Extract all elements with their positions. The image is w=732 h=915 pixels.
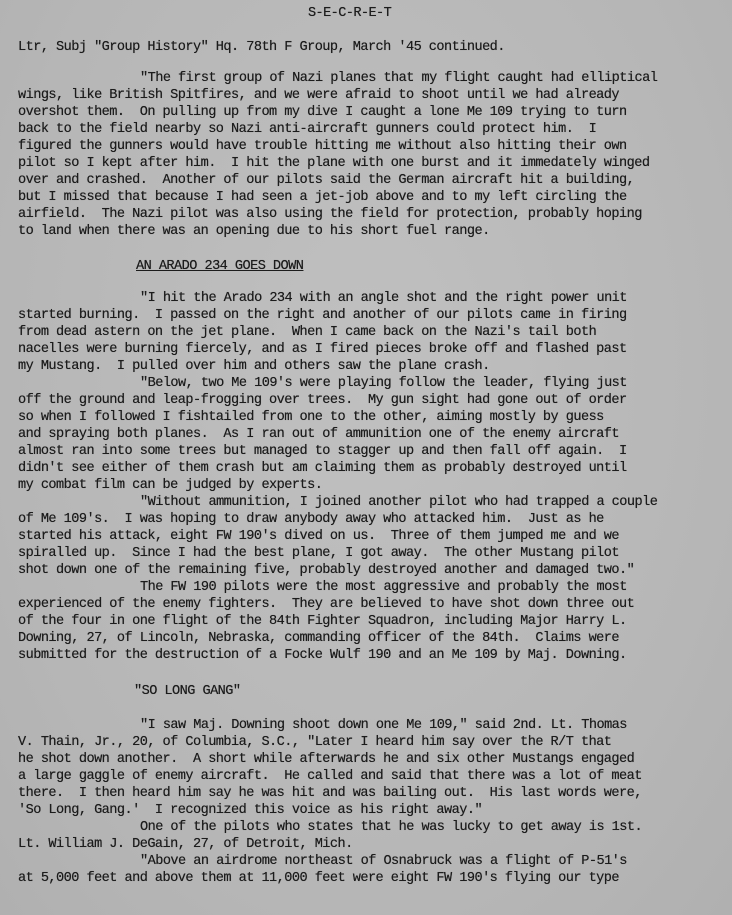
paragraph-line: submitted for the destruction of a Focke… xyxy=(18,648,627,664)
paragraph-line: of Me 109's. I was hoping to draw anybod… xyxy=(18,512,604,528)
paragraph-line: my Mustang. I pulled over him and others… xyxy=(18,359,490,375)
paragraph-line: One of the pilots who states that he was… xyxy=(140,820,642,836)
section-heading: AN ARADO 234 GOES DOWN xyxy=(136,259,303,275)
paragraph-line: wings, like British Spitfires, and we we… xyxy=(18,88,619,104)
paragraph-line: "Above an airdrome northeast of Osnabruc… xyxy=(140,854,627,870)
paragraph-line: started his attack, eight FW 190's dived… xyxy=(18,529,619,545)
paragraph-line: so when I followed I fishtailed from one… xyxy=(18,410,604,426)
section-heading: "SO LONG GANG" xyxy=(134,684,241,700)
paragraph-line: didn't see either of them crash but am c… xyxy=(18,461,627,477)
paragraph-line: spiralled up. Since I had the best plane… xyxy=(18,546,619,562)
paragraph-line: and spraying both planes. As I ran out o… xyxy=(18,427,619,443)
paragraph-line: experienced of the enemy fighters. They … xyxy=(18,597,634,613)
paragraph-line: a large gaggle of enemy aircraft. He cal… xyxy=(18,769,642,785)
paragraph-line: Lt. William J. DeGain, 27, of Detroit, M… xyxy=(18,837,353,853)
document-page: S-E-C-R-E-T Ltr, Subj "Group History" Hq… xyxy=(0,0,732,915)
paragraph-line: "I saw Maj. Downing shoot down one Me 10… xyxy=(140,718,627,734)
paragraph-line: 'So Long, Gang.' I recognized this voice… xyxy=(18,803,482,819)
paragraph-line: to land when there was an opening due to… xyxy=(18,224,490,240)
paragraph-line: back to the field nearby so Nazi anti-ai… xyxy=(18,122,596,138)
paragraph-line: figured the gunners would have trouble h… xyxy=(18,139,627,155)
paragraph-line: from dead astern on the jet plane. When … xyxy=(18,325,596,341)
paragraph-line: V. Thain, Jr., 20, of Columbia, S.C., "L… xyxy=(18,735,611,751)
paragraph-line: there. I then heard him say he was hit a… xyxy=(18,786,642,802)
paragraph-line: Downing, 27, of Lincoln, Nebraska, comma… xyxy=(18,631,619,647)
paragraph-line: almost ran into some trees but managed t… xyxy=(18,444,627,460)
paragraph-line: "The first group of Nazi planes that my … xyxy=(140,71,657,87)
paragraph-line: off the ground and leap-frogging over tr… xyxy=(18,393,627,409)
paragraph-line: started burning. I passed on the right a… xyxy=(18,308,627,324)
paragraph-line: shot down one of the remaining five, pro… xyxy=(18,563,634,579)
paragraph-line: my combat film can be judged by experts. xyxy=(18,478,322,494)
paragraph-line: pilot so I kept after him. I hit the pla… xyxy=(18,156,649,172)
paragraph-line: over and crashed. Another of our pilots … xyxy=(18,173,634,189)
paragraph-line: "I hit the Arado 234 with an angle shot … xyxy=(140,291,627,307)
paragraph-line: of the four in one flight of the 84th Fi… xyxy=(18,614,627,630)
paragraph-line: at 5,000 feet and above them at 11,000 f… xyxy=(18,871,619,887)
paragraph-line: but I missed that because I had seen a j… xyxy=(18,190,627,206)
paragraph-line: "Without ammunition, I joined another pi… xyxy=(140,495,657,511)
classification-marking: S-E-C-R-E-T xyxy=(308,6,391,22)
paragraph-line: "Below, two Me 109's were playing follow… xyxy=(140,376,627,392)
letter-subject-line: Ltr, Subj "Group History" Hq. 78th F Gro… xyxy=(18,40,505,56)
paragraph-line: overshot them. On pulling up from my div… xyxy=(18,105,627,121)
paragraph-line: nacelles were burning fiercely, and as I… xyxy=(18,342,627,358)
paragraph-line: he shot down another. A short while afte… xyxy=(18,752,634,768)
paragraph-line: The FW 190 pilots were the most aggressi… xyxy=(140,580,627,596)
paragraph-line: airfield. The Nazi pilot was also using … xyxy=(18,207,642,223)
